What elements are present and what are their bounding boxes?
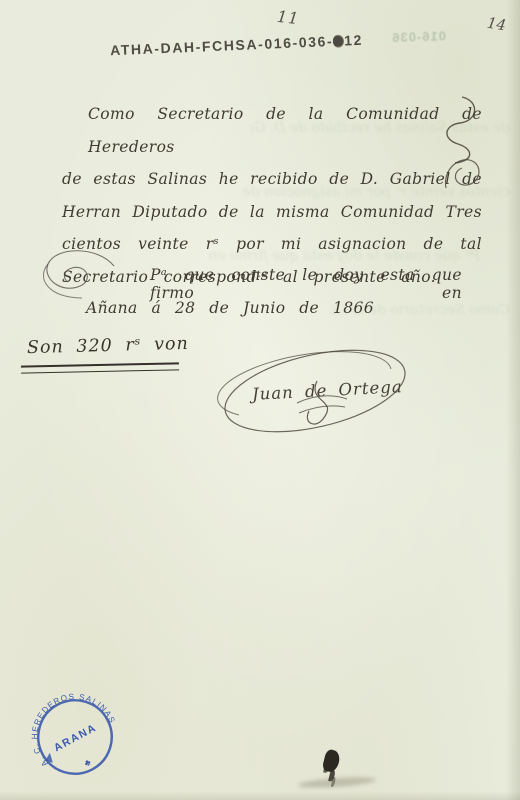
manuscript-page: 11 14 ATHA-DAH-FCHSA-016-036-12 016-036 … (0, 0, 520, 800)
stamp-center-label: ARANA (52, 722, 99, 755)
page-edge-shade (0, 791, 520, 800)
amount-underline (21, 362, 179, 373)
ink-smudge (298, 775, 376, 789)
page-edge-shade (506, 0, 520, 800)
folio-number-center: 11 (276, 7, 300, 28)
ink-blot (322, 749, 342, 774)
letter-line: Como Secretario de la Comunidad de Hered… (62, 98, 482, 163)
archive-stamp: A. C. HEREDEROS SALINAS ARANA ♣ (6, 668, 144, 800)
letter-line: cientos veinte rˢ por mi asignacion de t… (62, 228, 482, 261)
scribbled-digit (333, 34, 345, 47)
archival-reference-code: ATHA-DAH-FCHSA-016-036-12 (110, 32, 363, 59)
folio-number-right: 14 (486, 14, 508, 35)
letter-body: Como Secretario de la Comunidad de Hered… (62, 98, 482, 294)
reference-code-text: ATHA-DAH-FCHSA-016-036- (110, 33, 334, 58)
letter-line: de estas Salinas he recibido de D. Gabri… (62, 163, 482, 196)
amount-line: Son 320 rˢ von (27, 334, 189, 358)
date-line: Añana á 28 de Junio de 1866 (86, 299, 374, 317)
stamp-arc-label: A. C. HEREDEROS SALINAS (14, 676, 120, 769)
letter-line: Herran Diputado de la misma Comunidad Tr… (62, 196, 482, 229)
bleedthrough-code: 016-036 (346, 28, 446, 46)
pen-flourish (440, 152, 488, 196)
closing-line: Pᵃ que conste le doy esta que firmo en (150, 266, 462, 302)
stamp-club-icon: ♣ (83, 757, 93, 769)
margin-flourish (22, 244, 122, 306)
